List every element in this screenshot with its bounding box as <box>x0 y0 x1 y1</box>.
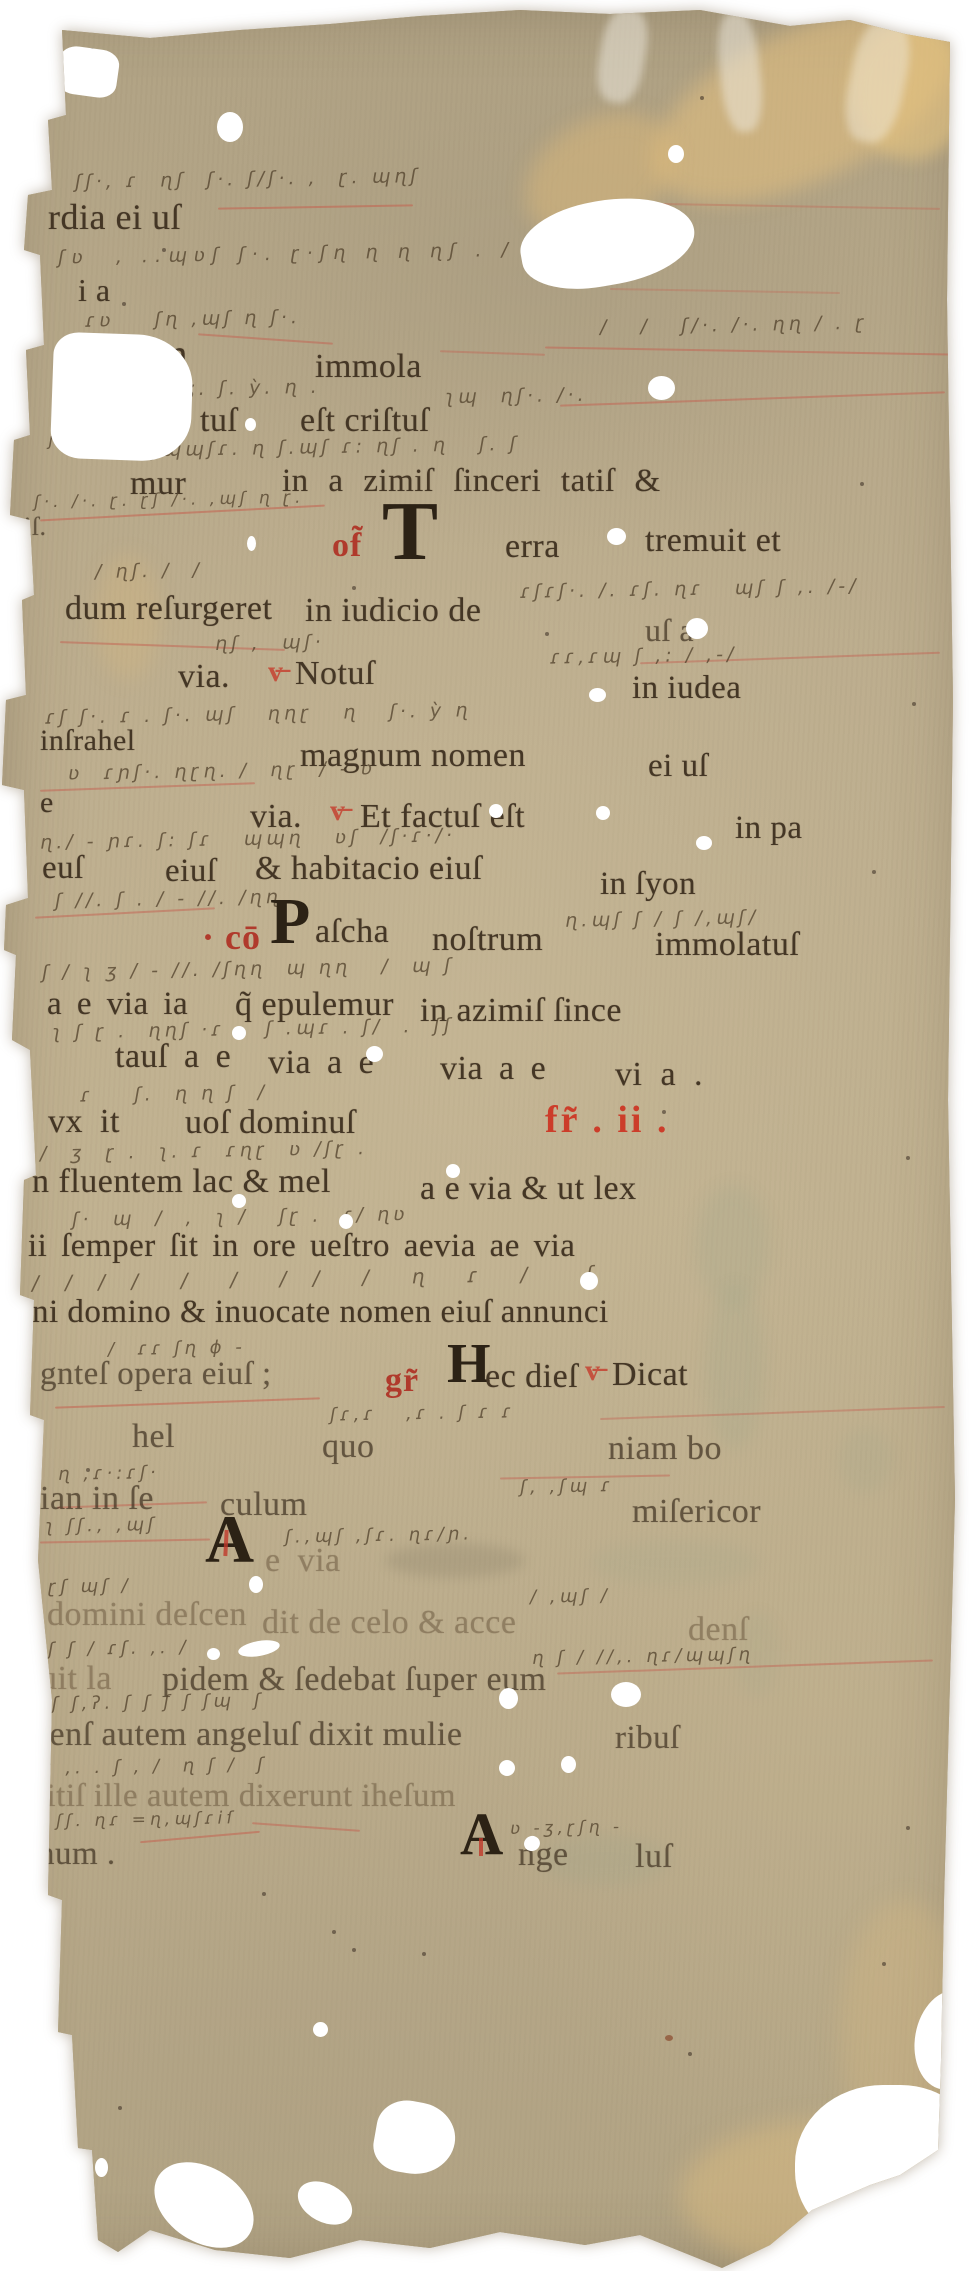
neume-row: / / ʃ/·. /·. ɳɳ / . ɽ <box>600 312 869 339</box>
chant-text: in ſyon <box>600 866 696 903</box>
ruling-line <box>440 350 545 356</box>
ink-speck <box>122 302 126 306</box>
chant-text: ritiſ ille autem dixerunt iheſum <box>35 1778 456 1815</box>
hole <box>686 618 708 639</box>
hole <box>247 536 256 551</box>
hole <box>648 376 675 400</box>
ink-speck <box>882 1962 886 1966</box>
chant-text: tauſ a e <box>115 1038 231 1076</box>
stain-green-1 <box>695 1185 770 1305</box>
neume-row: ʃ / ʅ ʒ / - //. /ʃɳɳ ɰ ɳɳ / ɰ ʃ <box>42 954 455 983</box>
chant-text: immola <box>315 348 422 386</box>
neume-row: ɳ ʃ / //,. ɳɾ/ɰɰʃɳ <box>532 1644 754 1669</box>
neume-row: ʅɰ ɳʃ·. /·. <box>445 384 588 408</box>
neume-row: ʃɾ,ɾ ,ɾ . ʃ ɾ ɾ <box>330 1401 515 1425</box>
chant-text: miſericor <box>632 1493 761 1531</box>
neume-row: ɾʃɾʃ·. /. ɾʃ. ɳɾ ɰʃ ʃ ,. /-/ <box>520 575 860 603</box>
margin-fragment: iſ. <box>24 512 46 542</box>
hole <box>696 836 712 850</box>
hole <box>249 1576 263 1593</box>
hole <box>607 528 626 545</box>
neume-row: ʃ //. ʃ . / - //. /ɳɳ <box>55 886 282 912</box>
ruling-line <box>140 1831 260 1843</box>
chant-text: aſcha <box>315 913 389 951</box>
rubric-communio: · cō <box>202 916 261 958</box>
hole <box>232 1026 246 1040</box>
hole <box>499 1760 515 1776</box>
hole <box>580 1272 598 1290</box>
hole <box>589 688 606 702</box>
chant-text: ec dieſ <box>485 1358 578 1396</box>
chant-text: ni domino & inuocate nomen eiuſ annunci <box>32 1294 609 1331</box>
ink-speck <box>352 1948 356 1952</box>
hole <box>668 145 684 163</box>
neume-row: ʃʃ·, ɾ ɳʃ ʃ·. ʃ/ʃ·. , ɽ. ɰɳʃ <box>75 165 421 193</box>
leaf-shadow-wrap: ʃʃ·, ɾ ɳʃ ʃ·. ʃ/ʃ·. , ɽ. ɰɳʃ rdia ei uſ … <box>0 0 969 2271</box>
neume-row: / / / / / / / / / ɳ ɾ / ʃ <box>32 1261 603 1295</box>
ink-speck <box>118 2106 122 2110</box>
ruling-line <box>40 1539 210 1544</box>
neume-row: ʃ, ,ʃɰ ɾ <box>520 1475 614 1498</box>
chant-text: ribuſ <box>615 1720 680 1757</box>
edge-loss-top-left <box>55 44 121 100</box>
chant-text: ii ſemper ſit in ore ueſtro aevia ae via <box>28 1228 575 1265</box>
initial-P: P <box>270 896 310 949</box>
ruling-line <box>252 1822 360 1832</box>
chant-text: via. <box>178 658 230 696</box>
hole <box>596 806 610 820</box>
neume-row: ɽʃ ɰʃ / <box>48 1575 132 1597</box>
chant-text: immolatuſ <box>655 926 799 964</box>
ruling-line <box>610 288 840 294</box>
parchment-leaf: ʃʃ·, ɾ ɳʃ ʃ·. ʃ/ʃ·. , ɽ. ɰɳʃ rdia ei uſ … <box>0 0 969 2271</box>
stain-abrasion-top-2 <box>714 10 766 134</box>
manuscript-scan: ʃʃ·, ɾ ɳʃ ʃ·. ʃ/ʃ·. , ɽ. ɰɳʃ rdia ei uſ … <box>0 0 969 2271</box>
ink-speck <box>352 586 356 590</box>
ink-speck <box>86 1468 90 1472</box>
chant-text: euſ <box>42 850 84 887</box>
chant-text: vx it <box>48 1103 120 1141</box>
ink-speck <box>545 632 549 636</box>
ink-speck <box>688 2052 692 2056</box>
chant-text: in pa <box>735 810 803 847</box>
neume-row: ɾɾ,ɾɰ ʃ ,: / ,-/ <box>550 643 738 668</box>
neume-row: / ,ɰʃ / <box>530 1585 611 1607</box>
neume-row: ɾʋ ʃɳ ,ɰʃ ɳ ʃ·. <box>85 306 301 332</box>
hole-bottom-right-large <box>795 2085 969 2250</box>
chant-text: in a zimiſ ſinceri tatiſ & <box>282 463 661 500</box>
stain-green-2 <box>705 1285 765 1450</box>
chant-text: in iudicio de <box>305 592 481 630</box>
hole <box>245 418 256 431</box>
chant-text: tuſ <box>200 402 237 440</box>
chant-text: Notuſ <box>295 655 375 693</box>
chant-text: tremuit et <box>645 522 781 560</box>
chant-text: vi a . <box>615 1056 703 1094</box>
hole <box>95 2158 108 2177</box>
hole <box>499 1688 518 1709</box>
chant-text: n fluentem lac & mel <box>32 1163 331 1201</box>
hole <box>446 1164 460 1178</box>
hole-bottom-oval <box>139 2145 270 2266</box>
chant-text: denſ <box>688 1611 749 1649</box>
hole <box>217 112 243 142</box>
edge-loss-left-large <box>50 332 194 463</box>
ink-speck <box>906 1156 910 1160</box>
hole <box>366 1046 383 1062</box>
neume-row: ɾ ,. . ʃ , / ɳ ʃ / ʃ <box>42 1754 268 1779</box>
versus-mark: v̶ <box>268 655 283 689</box>
ink-speck <box>700 96 704 100</box>
chant-text: ian in ſe <box>40 1480 154 1518</box>
neume-row: ɳʃ , ɰʃ· <box>215 631 325 655</box>
hole <box>232 1194 246 1208</box>
hole <box>489 804 503 818</box>
ruling-line <box>218 204 413 209</box>
versus-mark: v̶ <box>585 1354 600 1388</box>
stain-abrasion-top-3 <box>838 14 918 148</box>
neume-row: ʃ ʃʃ. ɳɾ =ɳ,ɰʃɾiſ <box>37 1808 237 1831</box>
hole <box>339 1214 353 1229</box>
ruling-line <box>55 1397 320 1408</box>
chant-text: dit de celo & acce <box>262 1604 516 1642</box>
neume-row: ʅ ʃʃ., ,ɰʃ <box>45 1514 158 1537</box>
stain-abrasion-top-1 <box>592 5 653 106</box>
ink-speck <box>332 1930 336 1934</box>
initial-A-alleluia: A <box>205 1512 254 1566</box>
rubric-gradual: gr̃ <box>385 1362 419 1400</box>
chant-text: denſ autem angeluſ dixit mulie <box>32 1716 462 1754</box>
stain-green-3 <box>838 1428 893 1493</box>
neume-row: ʋ ɾɲʃ·. ɳɽɳ. / ɳɽ / - ʋ <box>68 757 376 784</box>
hole-bottom-blob <box>369 2096 460 2181</box>
ruling-line <box>545 346 950 355</box>
neume-row: ʃ ʃ / ɾʃ. ,. / <box>48 1637 190 1660</box>
chant-text: dum reſurgeret <box>65 590 272 628</box>
hole <box>237 1637 281 1659</box>
chant-text: ei uſ <box>648 748 708 785</box>
ink-speck <box>662 1110 666 1114</box>
chant-text: Dicat <box>612 1356 688 1394</box>
chant-text: in iudea <box>632 670 741 707</box>
ink-speck <box>912 702 916 706</box>
edge-loss-right-low <box>907 1985 969 2096</box>
chant-text: gnteſ opera eiuſ ; <box>40 1356 272 1393</box>
chant-text: noſtrum <box>432 921 543 959</box>
ruling-line <box>198 333 333 344</box>
stain-yellow-corner <box>850 20 969 160</box>
chant-text: luſ <box>635 1838 672 1876</box>
ink-speck <box>162 248 166 252</box>
chant-text: e via <box>265 1542 341 1580</box>
ruling-line <box>560 391 945 406</box>
initial-T: T <box>382 498 438 565</box>
hole <box>207 1648 220 1660</box>
ink-speck <box>860 482 864 486</box>
chant-text: inſrahel <box>40 724 136 758</box>
chant-text: erra <box>505 528 560 566</box>
chant-text: e <box>40 786 54 820</box>
chant-text: hel <box>132 1418 175 1456</box>
hole <box>313 2022 328 2037</box>
rubric-feria-2: fr̃ . ii . <box>545 1098 669 1142</box>
hole-bottom-small-oval <box>290 2173 359 2234</box>
ink-speck <box>906 1826 910 1830</box>
hole <box>611 1682 641 1707</box>
chant-text: niam bo <box>608 1430 722 1468</box>
chant-text: & habitacio eiuſ <box>255 850 482 888</box>
ink-speck <box>262 1892 266 1896</box>
ink-speck <box>872 870 876 874</box>
hole <box>561 1756 576 1773</box>
chant-text: via a e <box>268 1044 374 1082</box>
chant-text: rdia ei uſ <box>48 196 181 238</box>
chant-text: via a e <box>440 1050 546 1088</box>
neume-row: / ʒ ɽ . ʅ. ɾ ɾɳɽ ʋ /ʃɽ . <box>40 1137 368 1165</box>
rust-speck <box>665 2035 673 2041</box>
chant-text: quo <box>322 1428 375 1466</box>
chant-text: num . <box>38 1836 116 1873</box>
versus-mark: v̶ <box>330 794 345 828</box>
chant-text: i a <box>78 272 111 309</box>
chant-text: a e via ia <box>47 986 188 1023</box>
initial-red-accent <box>479 1838 483 1856</box>
ink-speck <box>422 1952 426 1956</box>
stain-dark-smudge <box>385 1543 525 1578</box>
neume-row: / ɳʃ. / / <box>95 559 203 583</box>
chant-text: eiuſ <box>165 853 216 890</box>
rubric-offertory: of̃ <box>332 527 362 565</box>
ruling-line <box>600 1406 945 1420</box>
chant-text: uoſ dominuſ <box>185 1104 356 1142</box>
chant-text: domini deſcen <box>47 1596 247 1634</box>
neume-row: ʃ ʃ ʃ,ʔ. ʃ ʃ ʃ ʃ ʃɰ ʃ <box>32 1690 264 1715</box>
stain-green-4 <box>590 1540 760 1585</box>
